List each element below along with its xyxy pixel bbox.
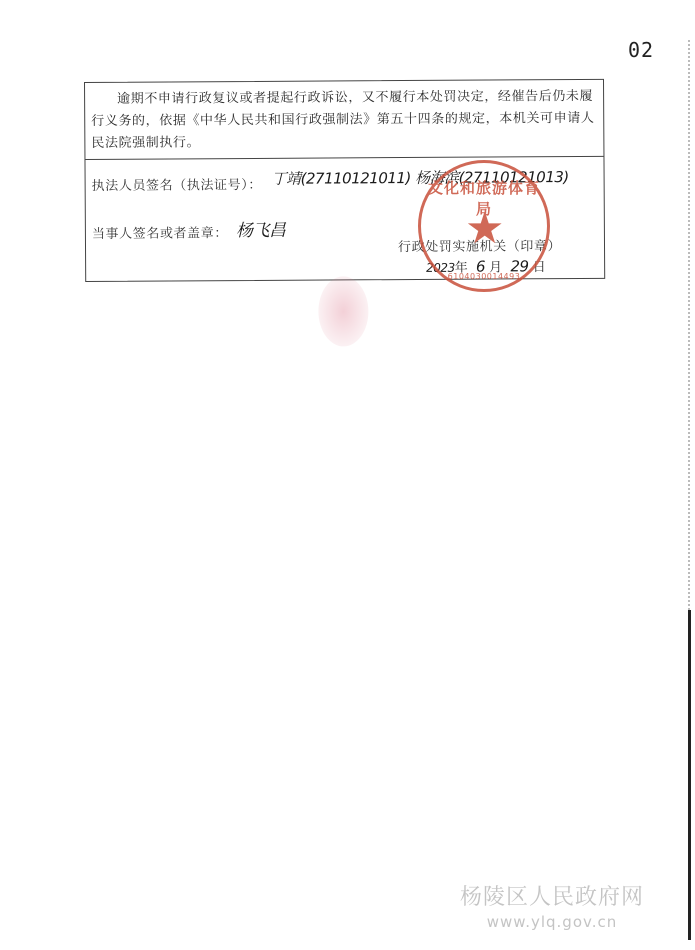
star-icon: ★	[465, 207, 504, 251]
seal-code: 6104030014493	[421, 272, 547, 281]
page-number: 02	[628, 38, 654, 62]
watermark-url: www.ylq.gov.cn	[460, 913, 644, 931]
official-seal: 文化和旅游体育局 ★ 6104030014493	[418, 160, 550, 292]
scan-edge-shadow	[688, 610, 691, 940]
fingerprint-mark	[318, 276, 368, 346]
party-signature-label: 当事人签名或者盖章：	[92, 222, 228, 242]
watermark-title: 杨陵区人民政府网	[460, 880, 644, 911]
officer-signature-label: 执法人员签名（执法证号）：	[92, 174, 262, 194]
watermark: 杨陵区人民政府网 www.ylq.gov.cn	[460, 880, 644, 931]
notice-paragraph: 逾期不申请行政复议或者提起行政诉讼，又不履行本处罚决定，经催告后仍未履行义务的，…	[91, 86, 597, 155]
notice-text: 逾期不申请行政复议或者提起行政诉讼，又不履行本处罚决定，经催告后仍未履行义务的，…	[91, 89, 594, 151]
party-signature-handwriting: 杨飞昌	[236, 216, 286, 241]
notice-row: 逾期不申请行政复议或者提起行政诉讼，又不履行本处罚决定，经催告后仍未履行义务的，…	[85, 80, 603, 160]
